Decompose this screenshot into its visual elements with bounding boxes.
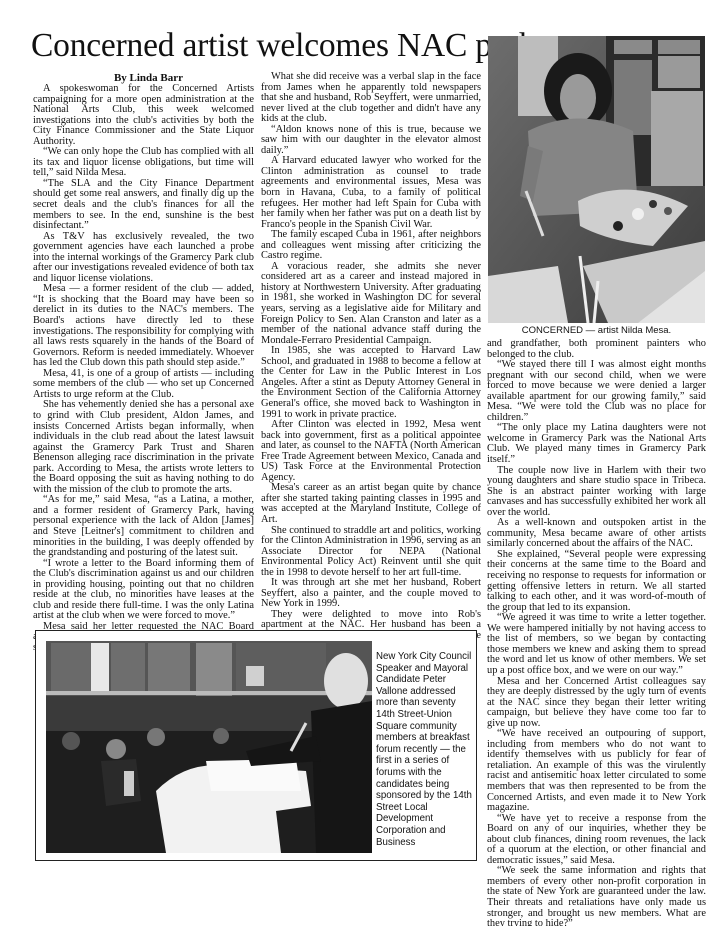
paragraph: “We stayed there till I was almost eight… (487, 360, 706, 423)
paragraph: In 1985, she was accepted to Harvard Law… (261, 346, 481, 420)
paragraph: It was through art she met her husband, … (261, 578, 481, 610)
paragraph: “I wrote a letter to the Board informing… (33, 559, 254, 622)
paragraph: “Aldon knows none of this is true, becau… (261, 125, 481, 157)
paragraph: As a well-known and outspoken artist in … (487, 518, 706, 550)
paragraph: Mesa — a former resident of the club — a… (33, 284, 254, 368)
paragraph: “As for me,” said Mesa, “as a Latina, a … (33, 495, 254, 558)
photo-speaker-at-podium-icon (46, 641, 372, 853)
article-column-1: By Linda Barr A spokeswoman for the Conc… (33, 72, 254, 654)
paragraph: She has vehemently denied she has a pers… (33, 400, 254, 495)
photo-woman-with-palette-icon (488, 36, 705, 323)
paragraph: and grandfather, both prominent painters… (487, 339, 706, 360)
paragraph: “We agreed it was time to write a letter… (487, 613, 706, 676)
paragraph: After Clinton was elected in 1992, Mesa … (261, 420, 481, 483)
paragraph: “We have received an outpouring of suppo… (487, 729, 706, 813)
article-column-2: What she did receive was a verbal slap i… (261, 72, 481, 652)
paragraph: “The SLA and the City Finance Department… (33, 179, 254, 232)
paragraph: “We have yet to receive a response from … (487, 814, 706, 867)
portrait-photo (488, 36, 705, 323)
paragraph: “We seek the same information and rights… (487, 866, 706, 926)
paragraph: As T&V has exclusively revealed, the two… (33, 232, 254, 285)
paragraph: A Harvard educated lawyer who worked for… (261, 156, 481, 230)
paragraph: A voracious reader, she admits she never… (261, 262, 481, 346)
headline: Concerned artist welcomes NAC probes (31, 26, 491, 66)
paragraph: Mesa, 41, is one of a group of artists —… (33, 369, 254, 401)
paragraph: A spokeswoman for the Concerned Artists … (33, 84, 254, 147)
paragraph: What she did receive was a verbal slap i… (261, 72, 481, 125)
article-column-3: and grandfather, both prominent painters… (487, 339, 706, 926)
paragraph: Mesa and her Concerned Artist colleagues… (487, 677, 706, 730)
paragraph: “We can only hope the Club has complied … (33, 147, 254, 179)
paragraph: “The only place my Latina daughters were… (487, 423, 706, 465)
forum-photo-box: New York City Council Speaker and Mayora… (35, 630, 477, 861)
portrait-caption: CONCERNED — artist Nilda Mesa. (487, 325, 706, 337)
paragraph: She explained, “Several people were expr… (487, 550, 706, 613)
paragraph: The couple now live in Harlem with their… (487, 466, 706, 519)
paragraph: The family escaped Cuba in 1961, after n… (261, 230, 481, 262)
forum-photo (46, 641, 372, 853)
paragraph: She continued to straddle art and politi… (261, 526, 481, 579)
forum-caption: New York City Council Speaker and Mayora… (376, 651, 476, 848)
paragraph: Mesa's career as an artist began quite b… (261, 483, 481, 525)
